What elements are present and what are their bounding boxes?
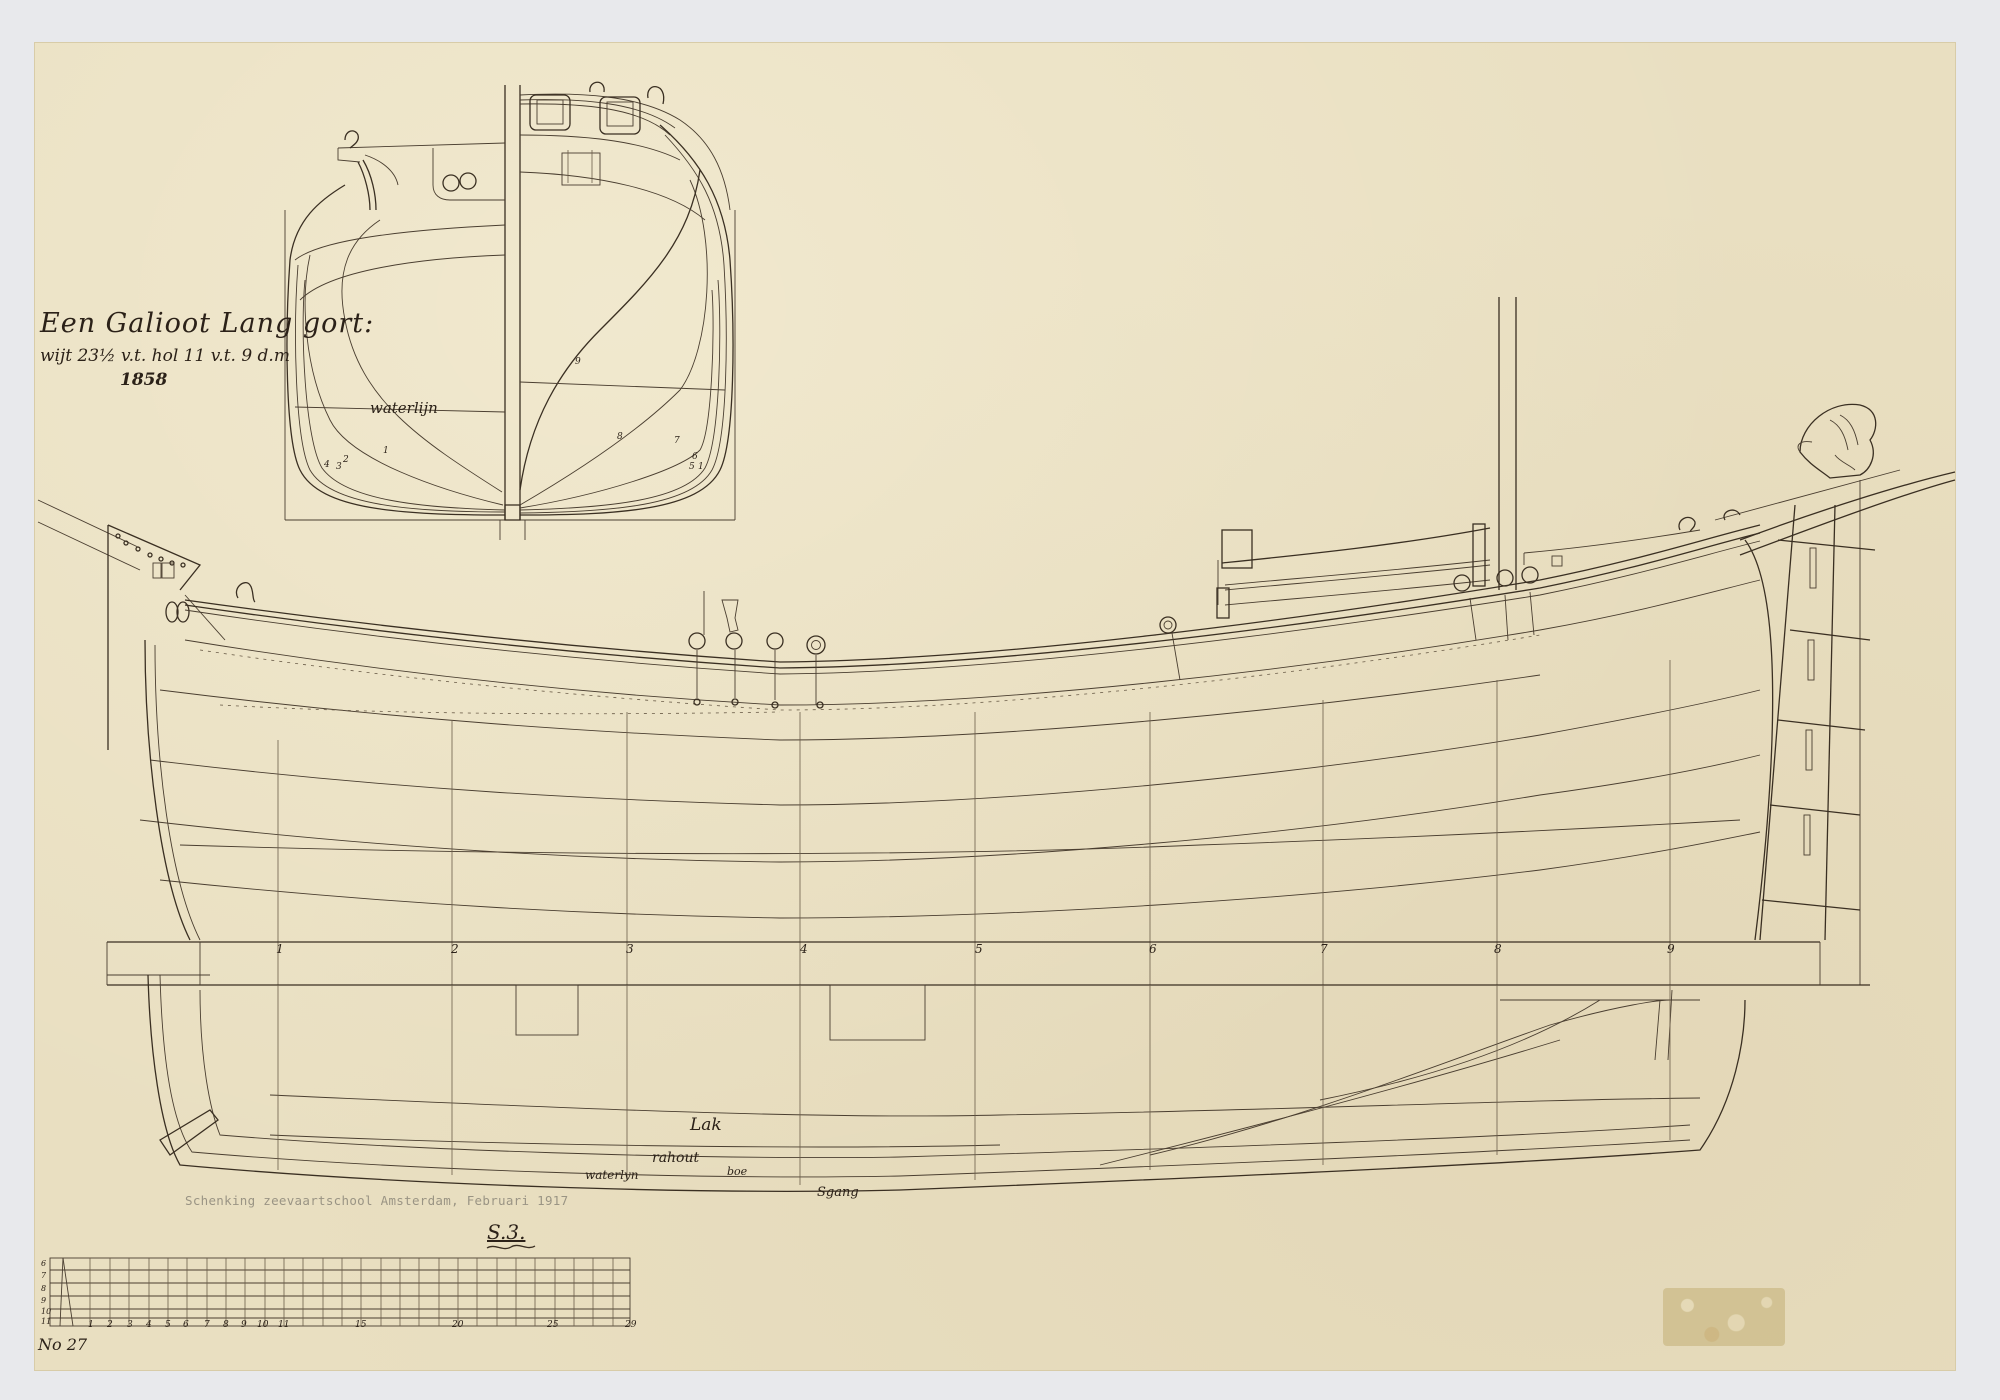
station-number: 2 (451, 942, 459, 956)
donation-stamp: Schenking zeevaartschool Amsterdam, Febr… (185, 1193, 568, 1208)
scale-tick-label: 2 (107, 1320, 113, 1330)
station-number: 9 (1667, 942, 1675, 956)
half-breadth-label-waterlijn: waterlyn (585, 1168, 638, 1182)
half-breadth-label-boe: boe (727, 1165, 747, 1178)
half-breadth-plan (148, 975, 1745, 1191)
scale-tick-label: 15 (355, 1320, 366, 1330)
scale-tick-label: 4 (146, 1320, 152, 1330)
library-stamp (1663, 1288, 1785, 1346)
scale-tick-label: 8 (223, 1320, 229, 1330)
scale-row-label: 9 (41, 1296, 46, 1305)
body-frame-number: 1 (383, 446, 389, 456)
station-number: 3 (626, 942, 634, 956)
drawing-title: Een Galioot Lang gort: (40, 308, 374, 339)
station-number: 5 (975, 942, 983, 956)
station-number: 1 (276, 942, 284, 956)
scale-tick-label: 1 (88, 1320, 94, 1330)
body-frame-number: 5 (689, 462, 695, 472)
baseline-band (107, 942, 1870, 985)
drawing-year: 1858 (120, 370, 167, 390)
scale-tick-label: 5 (165, 1320, 171, 1330)
station-number: 6 (1149, 942, 1157, 956)
body-frame-number: 3 (336, 462, 342, 472)
scale-row-label: 7 (41, 1271, 46, 1280)
scale-row-label: 11 (41, 1317, 51, 1326)
scale-tick-label: 11 (278, 1320, 289, 1330)
body-plan-waterline-label: waterlijn (370, 399, 438, 417)
drawing-dimensions: wijt 23½ v.t. hol 11 v.t. 9 d.m (40, 346, 290, 366)
station-number: 8 (1494, 942, 1502, 956)
scale-row-label: 6 (41, 1259, 46, 1268)
scale-tick-label: 7 (204, 1320, 210, 1330)
body-frame-number: 1 (698, 462, 704, 472)
scale-bar (50, 1258, 630, 1326)
body-frame-number: 7 (674, 436, 680, 446)
sheet-number: No 27 (38, 1335, 87, 1354)
body-frame-number: 2 (343, 455, 349, 465)
scale-tick-label: 25 (547, 1320, 558, 1330)
scale-row-label: 8 (41, 1284, 46, 1293)
scale-tick-label: 29 (625, 1320, 636, 1330)
body-frame-number: 8 (617, 432, 623, 442)
sheer-plan (38, 297, 1955, 985)
scale-tick-label: 6 (183, 1320, 189, 1330)
scale-row-label: 10 (41, 1307, 51, 1316)
half-breadth-label-lak: Lak (690, 1115, 722, 1135)
body-frame-number: 9 (575, 357, 581, 367)
scale-tick-label: 9 (241, 1320, 247, 1330)
half-breadth-label-rahout: rahout (652, 1150, 699, 1166)
scale-tick-label: 3 (127, 1320, 133, 1330)
body-frame-number: 4 (324, 460, 330, 470)
sheet-code: S.3. (487, 1220, 525, 1244)
station-number: 4 (800, 942, 808, 956)
station-number: 7 (1320, 942, 1328, 956)
scale-tick-label: 20 (452, 1320, 463, 1330)
figurehead-icon (1798, 404, 1876, 478)
scale-tick-label: 10 (257, 1320, 268, 1330)
body-frame-number: 6 (692, 452, 698, 462)
sheet-code-underline (487, 1245, 535, 1248)
half-breadth-label-sgang: Sgang (817, 1185, 859, 1200)
ship-plan-drawing (0, 0, 2000, 1400)
